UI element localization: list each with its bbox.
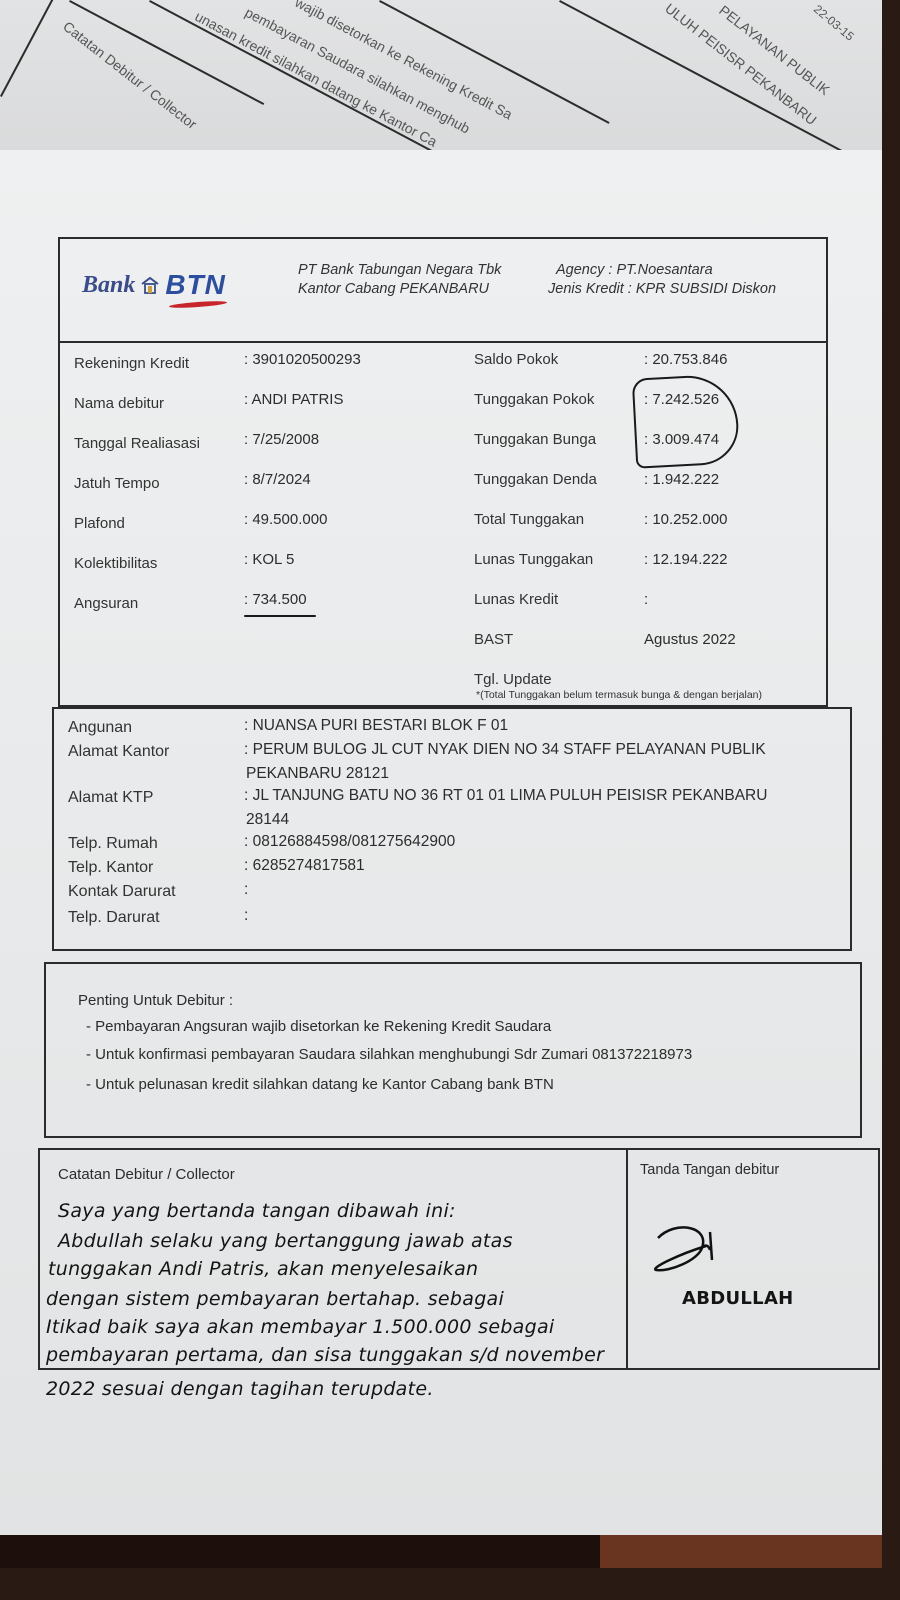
field-label: Plafond xyxy=(74,515,125,532)
document-page: Bank BTN PT Bank Tabungan Negara Tbk Kan… xyxy=(0,150,882,1535)
branch-name: Kantor Cabang PEKANBARU xyxy=(298,280,501,299)
handwritten-line: Itikad baik saya akan membayar 1.500.000… xyxy=(46,1316,555,1338)
field-label: Angsuran xyxy=(74,595,138,612)
notes-title: Catatan Debitur / Collector xyxy=(58,1166,235,1183)
field-value: : ANDI PATRIS xyxy=(244,391,343,408)
field-value: : 08126884598/081275642900 xyxy=(244,833,455,851)
field-value: : 3901020500293 xyxy=(244,351,361,368)
field-label: Alamat Kantor xyxy=(68,743,169,761)
background-text: unasan kredit silahkan datang ke Kantor … xyxy=(192,8,439,150)
field-label: BAST xyxy=(474,631,513,648)
field-label: Lunas Kredit xyxy=(474,591,558,608)
field-value: : PERUM BULOG JL CUT NYAK DIEN NO 34 STA… xyxy=(244,741,766,759)
field-label: Total Tunggakan xyxy=(474,511,584,528)
handwritten-line: dengan sistem pembayaran bertahap. sebag… xyxy=(46,1288,504,1310)
field-value: Agustus 2022 xyxy=(644,631,736,648)
signature-scribble xyxy=(650,1220,740,1280)
field-label: Tgl. Update xyxy=(474,671,552,688)
field-label: Alamat KTP xyxy=(68,789,153,807)
field-value: : xyxy=(244,881,248,899)
signature-name: ABDULLAH xyxy=(682,1288,794,1309)
background-text: 22-03-15 xyxy=(811,2,857,44)
footnote: *(Total Tunggakan belum termasuk bunga &… xyxy=(476,689,762,701)
field-label: Lunas Tunggakan xyxy=(474,551,593,568)
field-label: Telp. Kantor xyxy=(68,859,153,877)
handwritten-line: 2022 sesuai dengan tagihan terupdate. xyxy=(46,1378,434,1400)
important-info-box: Penting Untuk Debitur : - Pembayaran Ang… xyxy=(44,962,862,1138)
handwritten-underline-annotation xyxy=(244,615,316,617)
collateral-contact-box: Angunan: NUANSA PURI BESTARI BLOK F 01Al… xyxy=(52,707,852,951)
field-label: Saldo Pokok xyxy=(474,351,558,368)
signature-title: Tanda Tangan debitur xyxy=(640,1162,779,1178)
field-value: : NUANSA PURI BESTARI BLOK F 01 xyxy=(244,717,508,735)
field-label: Telp. Rumah xyxy=(68,835,158,853)
agency-header: Agency : PT.Noesantara Jenis Kredit : KP… xyxy=(548,261,776,299)
field-value: : JL TANJUNG BATU NO 36 RT 01 01 LIMA PU… xyxy=(244,787,767,805)
field-label: Kolektibilitas xyxy=(74,555,157,572)
background-text: Catatan Debitur / Collector xyxy=(60,18,200,132)
field-value: : 8/7/2024 xyxy=(244,471,311,488)
field-value: : 49.500.000 xyxy=(244,511,327,528)
bank-name: PT Bank Tabungan Negara Tbk xyxy=(298,261,501,280)
agency: Agency : PT.Noesantara xyxy=(548,261,776,280)
field-label: Nama debitur xyxy=(74,395,164,412)
field-value-continued: PEKANBARU 28121 xyxy=(246,765,389,783)
field-value-continued: 28144 xyxy=(246,811,289,829)
field-label: Jatuh Tempo xyxy=(74,475,160,492)
background-floor xyxy=(600,1535,882,1568)
field-value: : 7/25/2008 xyxy=(244,431,319,448)
field-label: Tanggal Realiasasi xyxy=(74,435,200,452)
account-info-box: Bank BTN PT Bank Tabungan Negara Tbk Kan… xyxy=(58,237,828,707)
field-value: : 1.942.222 xyxy=(644,471,719,488)
important-item: - Pembayaran Angsuran wajib disetorkan k… xyxy=(86,1018,551,1035)
field-label: Kontak Darurat xyxy=(68,883,176,901)
important-item: - Untuk pelunasan kredit silahkan datang… xyxy=(86,1076,554,1093)
field-value: : 734.500 xyxy=(244,591,307,608)
field-value: : 12.194.222 xyxy=(644,551,727,568)
important-item: - Untuk konfirmasi pembayaran Saudara si… xyxy=(86,1046,692,1063)
handwritten-line: Abdullah selaku yang bertanggung jawab a… xyxy=(58,1230,513,1252)
logo-brand-text: BTN xyxy=(165,269,226,301)
important-title: Penting Untuk Debitur : xyxy=(78,992,233,1009)
field-label: Tunggakan Bunga xyxy=(474,431,596,448)
field-value: : 20.753.846 xyxy=(644,351,727,368)
field-value: : xyxy=(244,907,248,925)
field-label: Rekeningn Kredit xyxy=(74,355,189,372)
field-label: Tunggakan Pokok xyxy=(474,391,594,408)
credit-type: Jenis Kredit : KPR SUBSIDI Diskon xyxy=(548,280,776,299)
bank-logo: Bank BTN xyxy=(82,269,226,301)
handwritten-line: tunggakan Andi Patris, akan menyelesaika… xyxy=(48,1258,478,1280)
handwritten-line: pembayaran pertama, dan sisa tunggakan s… xyxy=(46,1344,604,1366)
field-value: : 10.252.000 xyxy=(644,511,727,528)
field-value: : 6285274817581 xyxy=(244,857,365,875)
divider xyxy=(149,0,450,160)
logo-bank-text: Bank xyxy=(82,272,135,299)
field-label: Angunan xyxy=(68,719,132,737)
field-value: : xyxy=(644,591,648,608)
signature-box: Tanda Tangan debitur ABDULLAH xyxy=(626,1148,880,1370)
field-label: Telp. Darurat xyxy=(68,909,160,927)
house-icon xyxy=(141,276,159,294)
divider xyxy=(0,0,58,97)
field-value: : KOL 5 xyxy=(244,551,294,568)
background-sheet: Catatan Debitur / Collector wajib diseto… xyxy=(0,0,882,160)
divider xyxy=(60,341,826,343)
field-label: Tunggakan Denda xyxy=(474,471,597,488)
bank-header: PT Bank Tabungan Negara Tbk Kantor Caban… xyxy=(298,261,501,299)
handwritten-line: Saya yang bertanda tangan dibawah ini: xyxy=(58,1200,456,1222)
logo-swoosh xyxy=(169,300,227,309)
